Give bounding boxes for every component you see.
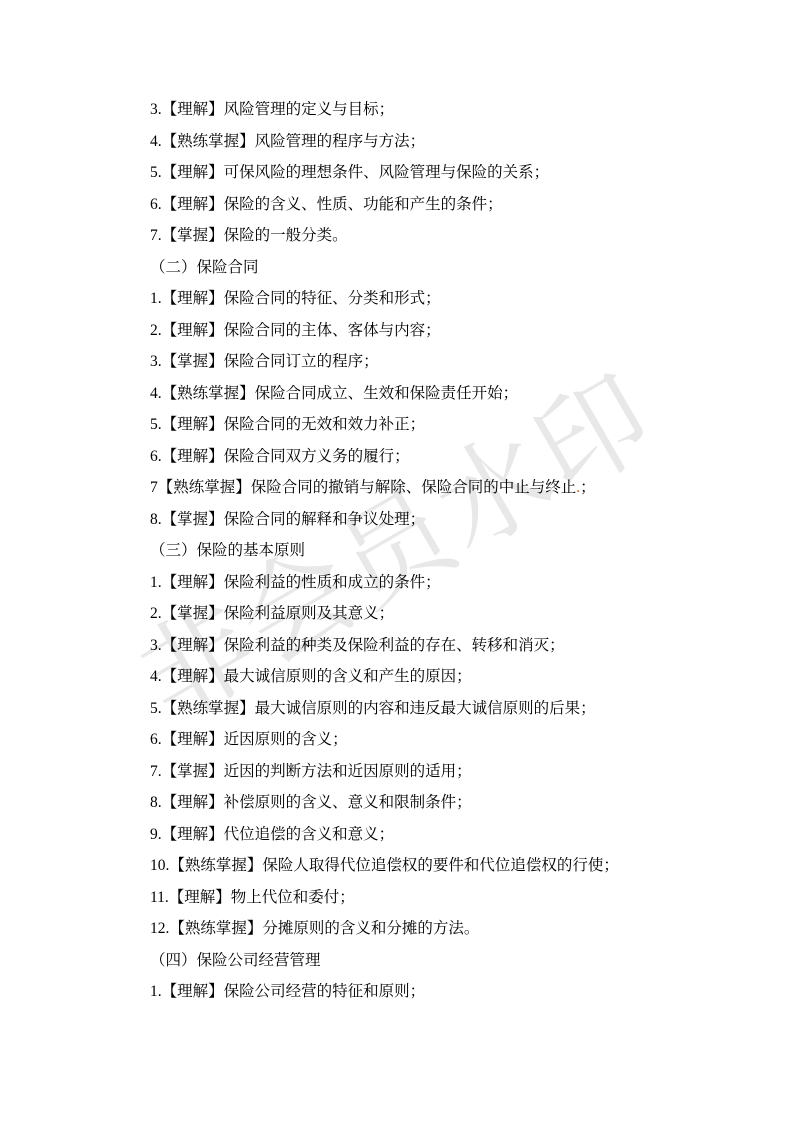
- outline-item: 5.【理解】可保风险的理想条件、风险管理与保险的关系；: [150, 157, 793, 189]
- item-text: （四）保险公司经营管理: [150, 952, 321, 969]
- outline-item: 1.【理解】保险合同的特征、分类和形式；: [150, 283, 793, 315]
- outline-item: 4.【熟练掌握】风险管理的程序与方法；: [150, 126, 793, 158]
- item-text: 6.【理解】近因原则的含义；: [150, 731, 348, 748]
- item-text: 7.【掌握】近因的判断方法和近因原则的适用；: [150, 763, 472, 780]
- outline-item: 4.【理解】最大诚信原则的含义和产生的原因；: [150, 661, 793, 693]
- outline-item: 8.【理解】补偿原则的含义、意义和限制条件；: [150, 787, 793, 819]
- outline-item: 10.【熟练掌握】保险人取得代位追偿权的要件和代位追偿权的行使；: [150, 850, 793, 882]
- item-text: 4.【理解】最大诚信原则的含义和产生的原因；: [150, 668, 472, 685]
- section-header: （四）保险公司经营管理: [150, 945, 793, 977]
- item-text: 5.【理解】保险合同的无效和效力补正；: [150, 416, 425, 433]
- item-text: 2.【理解】保险合同的主体、客体与内容；: [150, 322, 441, 339]
- outline-item: 7.【掌握】近因的判断方法和近因原则的适用；: [150, 756, 793, 788]
- outline-item: 9.【理解】代位追偿的含义和意义；: [150, 819, 793, 851]
- outline-item: 5.【熟练掌握】最大诚信原则的内容和违反最大诚信原则的后果；: [150, 693, 793, 725]
- item-text: 11.【理解】物上代位和委付；: [150, 889, 355, 906]
- item-text: 2.【掌握】保险利益原则及其意义；: [150, 605, 394, 622]
- item-text: 1.【理解】保险合同的特征、分类和形式；: [150, 290, 441, 307]
- outline-item: 5.【理解】保险合同的无效和效力补正；: [150, 409, 793, 441]
- item-text: 1.【理解】保险公司经营的特征和原则；: [150, 983, 425, 1000]
- outline-item: 3.【掌握】保险合同订立的程序；: [150, 346, 793, 378]
- outline-item: 6.【理解】近因原则的含义；: [150, 724, 793, 756]
- item-text: 5.【熟练掌握】最大诚信原则的内容和违反最大诚信原则的后果；: [150, 700, 596, 717]
- outline-item: 2.【理解】保险合同的主体、客体与内容；: [150, 315, 793, 347]
- outline-item: 3.【理解】风险管理的定义与目标；: [150, 94, 793, 126]
- outline-item: 1.【理解】保险利益的性质和成立的条件；: [150, 567, 793, 599]
- item-text: 6.【理解】保险合同双方义务的履行；: [150, 448, 410, 465]
- outline-item: 6.【理解】保险的含义、性质、功能和产生的条件；: [150, 189, 793, 221]
- item-text: 3.【理解】保险利益的种类及保险利益的存在、转移和消灭；: [150, 637, 565, 654]
- outline-item: 12.【熟练掌握】分摊原则的含义和分摊的方法。: [150, 913, 793, 945]
- document-page: 非会员水印 3.【理解】风险管理的定义与目标；4.【熟练掌握】风险管理的程序与方…: [0, 0, 793, 1122]
- item-text: 6.【理解】保险的含义、性质、功能和产生的条件；: [150, 196, 503, 213]
- item-text: 12.【熟练掌握】分摊原则的含义和分摊的方法。: [150, 920, 479, 937]
- item-text: ；: [580, 479, 596, 496]
- item-text: 9.【理解】代位追偿的含义和意义；: [150, 826, 394, 843]
- item-text: 3.【掌握】保险合同订立的程序；: [150, 353, 379, 370]
- outline-item: 6.【理解】保险合同双方义务的履行；: [150, 441, 793, 473]
- section-header: （二）保险合同: [150, 252, 793, 284]
- item-text: 10.【熟练掌握】保险人取得代位追偿权的要件和代位追偿权的行使；: [150, 857, 619, 874]
- outline-item: 3.【理解】保险利益的种类及保险利益的存在、转移和消灭；: [150, 630, 793, 662]
- item-text: （三）保险的基本原则: [150, 542, 305, 559]
- outline-item: 8.【掌握】保险合同的解释和争议处理；: [150, 504, 793, 536]
- item-text: 8.【理解】补偿原则的含义、意义和限制条件；: [150, 794, 472, 811]
- outline-item: 11.【理解】物上代位和委付；: [150, 882, 793, 914]
- item-text: 8.【掌握】保险合同的解释和争议处理；: [150, 511, 425, 528]
- item-text: 4.【熟练掌握】保险合同成立、生效和保险责任开始；: [150, 385, 518, 402]
- item-text: 3.【理解】风险管理的定义与目标；: [150, 101, 394, 118]
- item-text: 7【熟练掌握】保险合同的撤销与解除、保险合同的中止与终止: [150, 479, 576, 496]
- outline-item: 4.【熟练掌握】保险合同成立、生效和保险责任开始；: [150, 378, 793, 410]
- item-text: 7.【掌握】保险的一般分类。: [150, 227, 348, 244]
- outline-item: 1.【理解】保险公司经营的特征和原则；: [150, 976, 793, 1008]
- outline-item: 2.【掌握】保险利益原则及其意义；: [150, 598, 793, 630]
- item-text: 5.【理解】可保风险的理想条件、风险管理与保险的关系；: [150, 164, 549, 181]
- outline-list: 3.【理解】风险管理的定义与目标；4.【熟练掌握】风险管理的程序与方法；5.【理…: [150, 94, 793, 1008]
- outline-item: 7.【掌握】保险的一般分类。: [150, 220, 793, 252]
- item-text: （二）保险合同: [150, 259, 259, 276]
- section-header: （三）保险的基本原则: [150, 535, 793, 567]
- item-text: 4.【熟练掌握】风险管理的程序与方法；: [150, 133, 425, 150]
- item-text: 1.【理解】保险利益的性质和成立的条件；: [150, 574, 441, 591]
- outline-item: 7【熟练掌握】保险合同的撤销与解除、保险合同的中止与终止.；: [150, 472, 793, 504]
